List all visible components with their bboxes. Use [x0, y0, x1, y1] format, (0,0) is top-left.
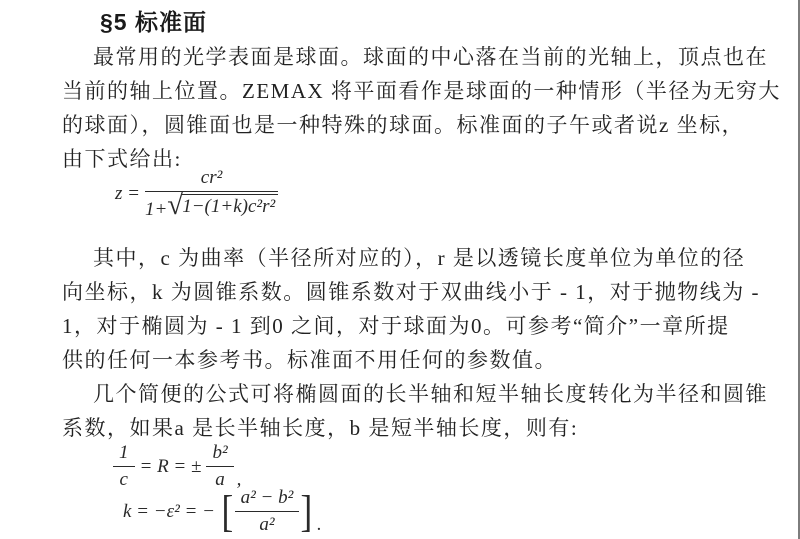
fraction: cr² 1+√1−(1+k)c²r²	[145, 167, 278, 221]
fraction-denominator: a²	[235, 512, 300, 536]
fraction: b² a	[206, 442, 233, 491]
fraction-numerator: a² − b²	[235, 487, 300, 512]
close-bracket: ]	[301, 492, 313, 532]
open-bracket: [	[221, 492, 233, 532]
square-root: √1−(1+k)c²r²	[167, 194, 278, 218]
text-line: 的球面），圆锥面也是一种特殊的球面。标准面的子午或者说z 坐标，	[62, 108, 781, 142]
formula-trailing-punct: .	[314, 514, 322, 536]
paragraph-3: 几个简便的公式可将椭圆面的长半轴和短半轴长度转化为半径和圆锥 系数，如果a 是长…	[62, 377, 768, 445]
formula-lhs: k = −ε² = −	[118, 501, 220, 523]
denominator-prefix: 1+	[145, 199, 167, 220]
fraction-numerator: b²	[206, 442, 233, 467]
text-line: 当前的轴上位置。ZEMAX 将平面看作是球面的一种情形（半径为无穷大	[62, 74, 781, 108]
formula-lhs: z =	[110, 183, 145, 205]
radical-sign: √	[167, 193, 183, 217]
text-line: 系数，如果a 是长半轴长度，b 是短半轴长度，则有:	[62, 411, 768, 445]
fraction: 1 c	[113, 442, 135, 491]
paragraph-2: 其中，c 为曲率（半径所对应的），r 是以透镜长度单位为单位的径 向坐标，k 为…	[62, 241, 760, 377]
fraction-numerator: 1	[113, 442, 135, 467]
fraction: a² − b² a²	[235, 487, 300, 536]
paragraph-1: 最常用的光学表面是球面。球面的中心落在当前的光轴上，顶点也在 当前的轴上位置。Z…	[62, 40, 781, 176]
page-title: §5 标准面	[100, 4, 207, 37]
radicand: 1−(1+k)c²r²	[181, 194, 278, 218]
formula-sag-equation: z = cr² 1+√1−(1+k)c²r²	[110, 167, 278, 221]
text-line: 最常用的光学表面是球面。球面的中心落在当前的光轴上，顶点也在	[62, 40, 781, 74]
fraction-denominator: 1+√1−(1+k)c²r²	[145, 192, 278, 221]
text-line: 几个简便的公式可将椭圆面的长半轴和短半轴长度转化为半径和圆锥	[62, 377, 768, 411]
formula-conic-equation: k = −ε² = − [ a² − b² a² ] .	[118, 487, 322, 536]
text-line: 其中，c 为曲率（半径所对应的），r 是以透镜长度单位为单位的径	[62, 241, 760, 275]
formula-middle: = R = ±	[135, 456, 207, 478]
document-page: §5 标准面 最常用的光学表面是球面。球面的中心落在当前的光轴上，顶点也在 当前…	[0, 0, 800, 539]
fraction-numerator: cr²	[145, 167, 278, 192]
formula-radius-equation: 1 c = R = ± b² a ,	[113, 442, 241, 491]
text-line: 向坐标，k 为圆锥系数。圆锥系数对于双曲线小于 - 1，对于抛物线为 -	[62, 275, 760, 309]
text-line: 供的任何一本参考书。标准面不用任何的参数值。	[62, 343, 760, 377]
text-line: 1，对于椭圆为 - 1 到0 之间，对于球面为0。可参考“简介”一章所提	[62, 309, 760, 343]
